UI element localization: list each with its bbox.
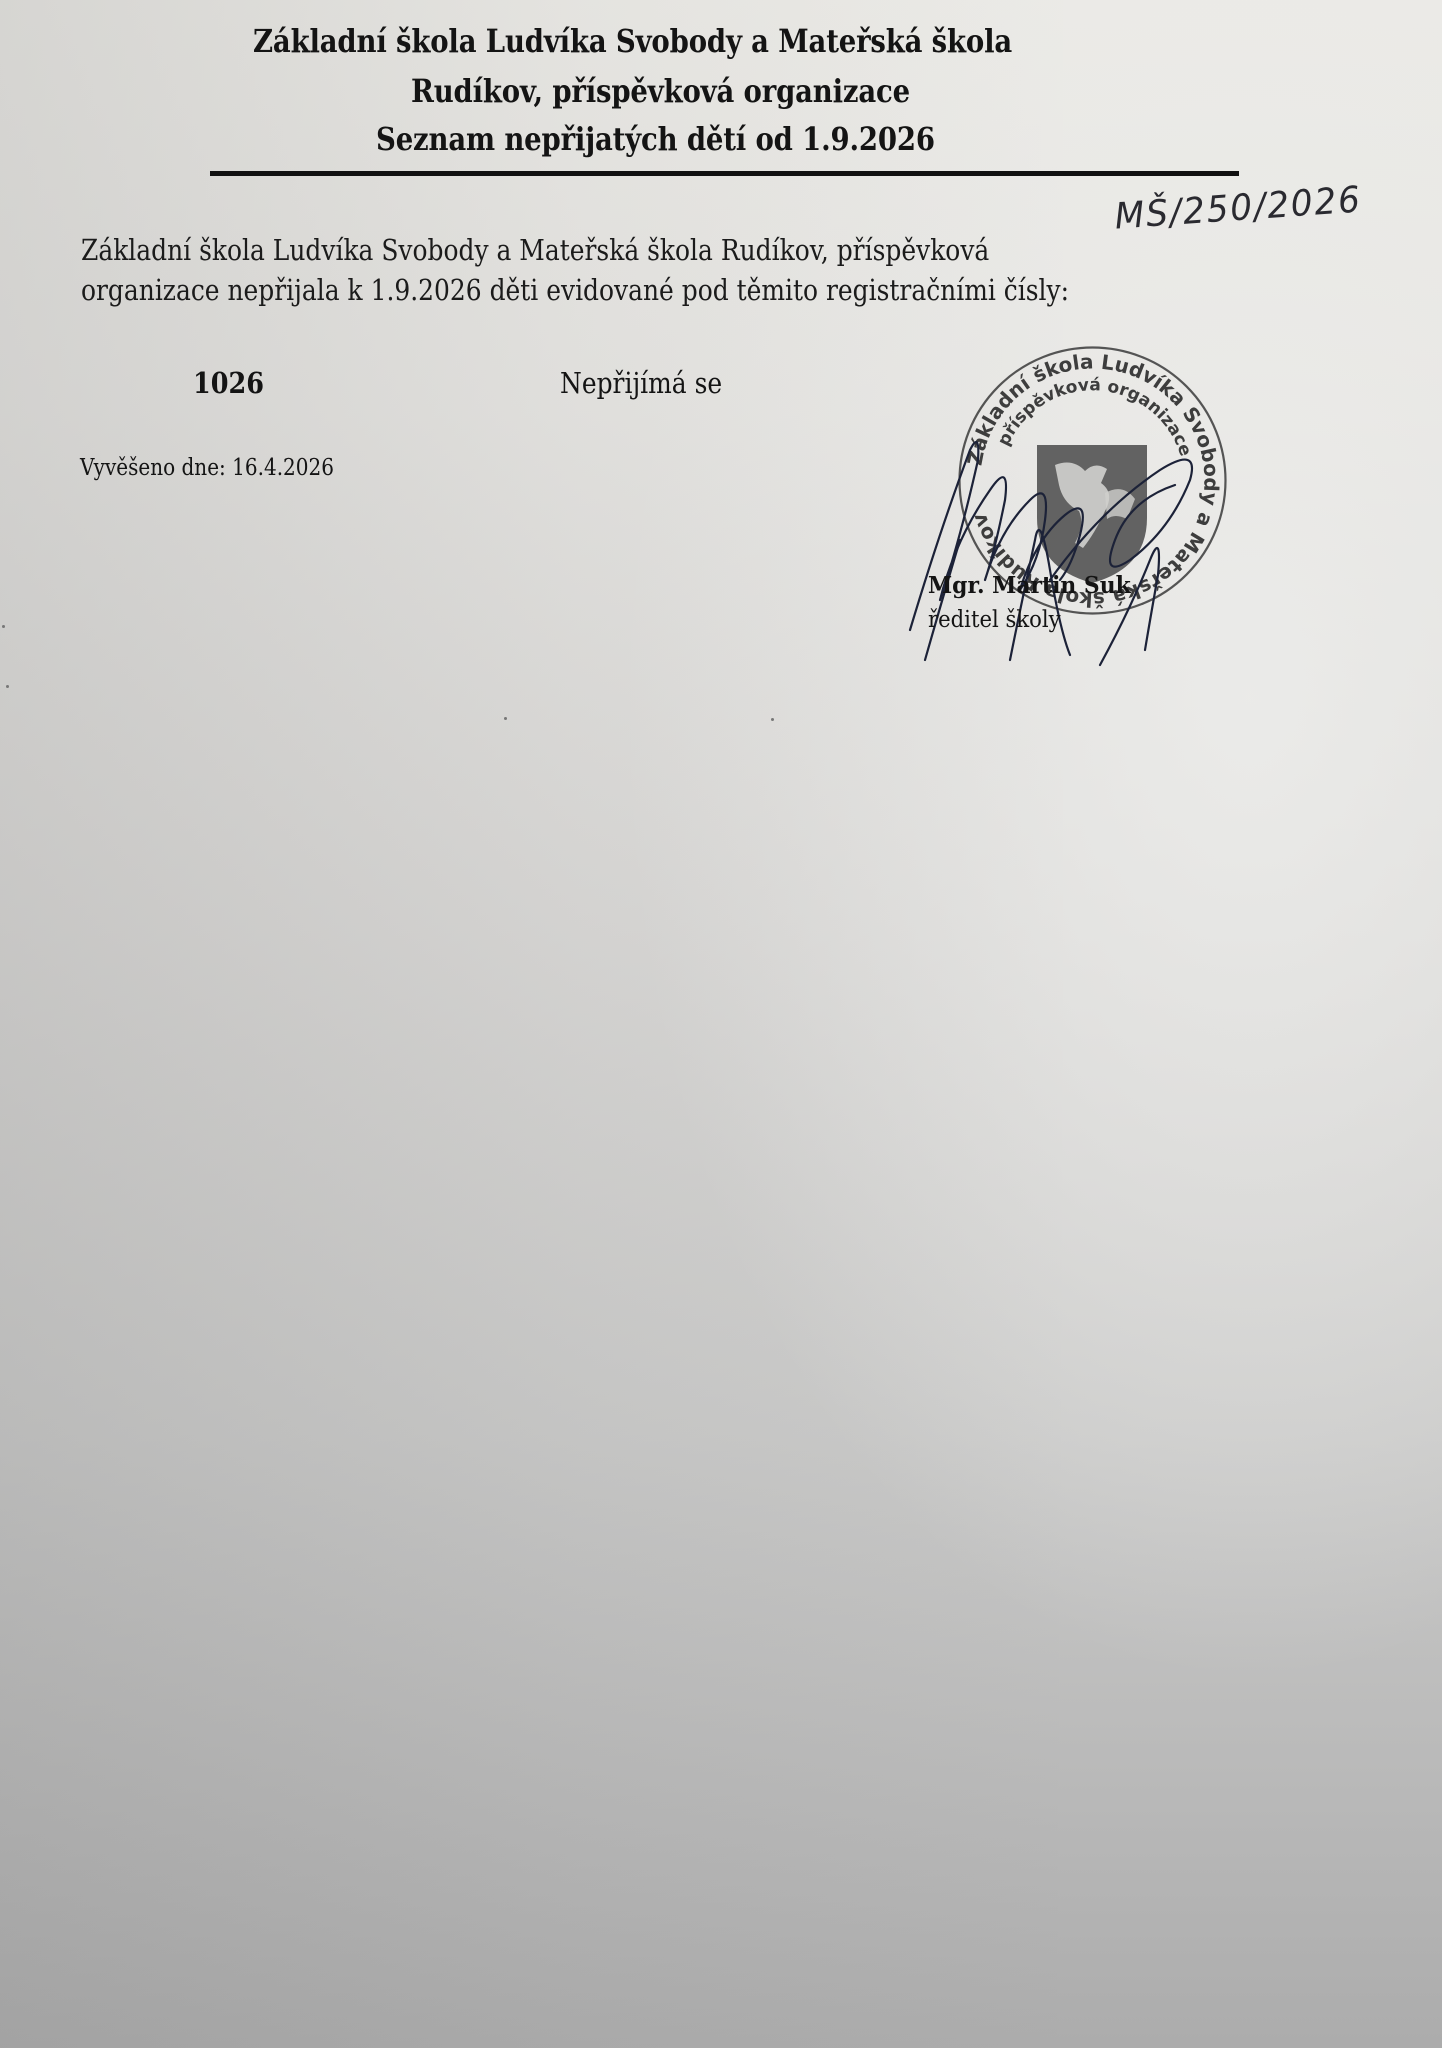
intro-line-2: organizace nepřijala k 1.9.2026 děti evi… [81,273,1069,307]
title-line-2: Rudíkov, příspěvková organizace [411,72,910,110]
header-rule [210,171,1239,176]
signatory-name: Mgr. Martin Suk [928,572,1131,599]
posted-date: Vyvěšeno dne: 16.4.2026 [80,455,334,481]
intro-line-1: Základní škola Ludvíka Svobody a Mateřsk… [81,233,989,267]
paper-speck [504,717,507,720]
paper-shadow [0,0,1442,2048]
registration-number: 1026 [193,366,264,400]
title-line-3: Seznam nepřijatých dětí od 1.9.2026 [376,120,935,158]
paper-speck [6,685,9,688]
signatory-role: ředitel školy [928,607,1061,633]
title-line-1: Základní škola Ludvíka Svobody a Mateřsk… [253,22,1012,60]
paper-speck [2,625,5,628]
registration-status: Nepřijímá se [560,366,722,400]
paper-speck [771,718,774,721]
handwritten-reference-number: MŠ/250/2026 [1113,179,1363,237]
